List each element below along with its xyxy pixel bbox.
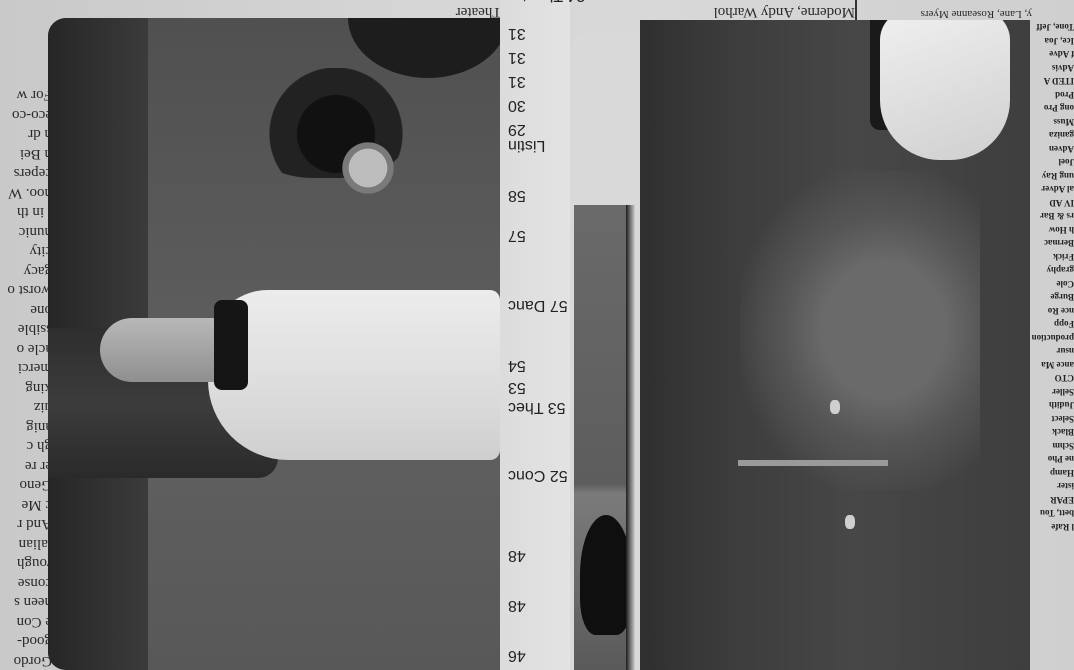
newsprint-line: Advis: [1030, 61, 1074, 75]
newsprint-line: ung Ray: [1030, 169, 1074, 183]
page-index-entry: 31: [508, 72, 526, 90]
newsprint-line: nsur: [1030, 344, 1074, 358]
newsprint-line: CTO: [1030, 371, 1074, 385]
newsprint-line: graphy: [1030, 263, 1074, 277]
newsprint-line: ong Pro: [1030, 101, 1074, 115]
newsprint-line: Hamp: [1030, 466, 1074, 480]
newsprint-line: acle o: [0, 339, 52, 359]
top-strip-middle: Moderne, Andy Warhol: [714, 4, 855, 20]
white-sleeve-top: [880, 20, 1010, 160]
newsprint-line: f Adve: [1030, 47, 1074, 61]
newsprint-line: ganiza: [1030, 128, 1074, 142]
newsprint-line: eco-co: [0, 105, 52, 125]
newsprint-line: ister: [1030, 479, 1074, 493]
page-index-entry: 31: [508, 48, 526, 66]
newsprint-line: worst o: [0, 280, 52, 300]
peeling-patch: [740, 170, 980, 490]
newsprint-line: Schm: [1030, 439, 1074, 453]
newsprint-line: Ice, Joa: [1030, 34, 1074, 48]
newsprint-line: one: [0, 300, 52, 320]
newsprint-line: noo. W: [0, 183, 52, 203]
newsprint-line: king: [0, 378, 52, 398]
newsprint-line: Tone, Jeff: [1030, 20, 1074, 34]
newsprint-line: And r: [0, 514, 52, 534]
newsprint-line: Gordo: [0, 651, 52, 670]
right-newsprint-column: l Rafebett, TouEPARisterHampne PhoSchmBl…: [1030, 20, 1074, 670]
newsprint-line: rough: [0, 553, 52, 573]
page-index-list: 34 Theater3131313029Listin585757 Danc545…: [500, 0, 570, 670]
newsprint-line: Black: [1030, 425, 1074, 439]
page-index-entry: 52 Conc: [508, 466, 568, 484]
plaster-fleck: [830, 400, 840, 414]
newsprint-line: er re: [0, 456, 52, 476]
top-strip-left-text: 34 Theater: [280, 0, 520, 20]
white-sleeve: [208, 290, 500, 460]
plaster-fleck: [845, 515, 855, 529]
plaster-edge: [738, 460, 888, 466]
newsprint-line: h dr: [0, 124, 52, 144]
newsprint-line: h How: [1030, 223, 1074, 237]
newsprint-line: merci: [0, 358, 52, 378]
wristband: [214, 300, 248, 390]
newsprint-line: good-: [0, 631, 52, 651]
newsprint-line: anig: [0, 417, 52, 437]
page-index-entry: Listin: [508, 136, 545, 154]
newsprint-line: ance Ma: [1030, 358, 1074, 372]
page-index-entry: 58: [508, 186, 526, 204]
page-index-entry: 31: [508, 24, 526, 42]
newsprint-line: nunic: [0, 222, 52, 242]
newsprint-line: For w: [0, 85, 52, 105]
page-index-entry: 48: [508, 546, 526, 564]
newsprint-line: cepers: [0, 163, 52, 183]
newsprint-line: IV AD: [1030, 196, 1074, 210]
page-index-entry: 53: [508, 378, 526, 396]
newsprint-line: Muss: [1030, 115, 1074, 129]
left-photo: [48, 18, 500, 670]
newsprint-line: uiz: [0, 397, 52, 417]
newsprint-line: production: [1030, 331, 1074, 345]
page-index-column: 34 Theater3131313029Listin585757 Danc545…: [500, 0, 570, 670]
newsprint-line: Adven: [1030, 142, 1074, 156]
page-index-entry: 57 Danc: [508, 296, 568, 314]
page-index-entry: 34 Theater: [508, 0, 585, 4]
newsprint-line: l Rafe: [1030, 520, 1074, 534]
newsprint-line: Burge: [1030, 290, 1074, 304]
newsprint-line: Judith: [1030, 398, 1074, 412]
newsprint-line: Seller: [1030, 385, 1074, 399]
newsprint-line: Joel: [1030, 155, 1074, 169]
newsprint-line: conse: [0, 573, 52, 593]
page-index-entry: 53 Thec: [508, 398, 566, 416]
newsprint-line: al Adver: [1030, 182, 1074, 196]
newsprint-line: Bermac: [1030, 236, 1074, 250]
newsprint-line: bett, Tou: [1030, 506, 1074, 520]
newsprint-line: ssible: [0, 319, 52, 339]
hand: [100, 318, 230, 382]
newsprint-line: Frick: [1030, 250, 1074, 264]
strip-edge: [626, 205, 636, 670]
newsprint-line: Fopp: [1030, 317, 1074, 331]
newsprint-line: Cole: [1030, 277, 1074, 291]
right-column-lines: l Rafebett, TouEPARisterHampne PhoSchmBl…: [1030, 20, 1074, 533]
newsprint-line: t in th: [0, 202, 52, 222]
newsprint-line: Geno: [0, 475, 52, 495]
page-index-entry: 54: [508, 356, 526, 374]
newsprint-line: n Bei: [0, 144, 52, 164]
camera-lens: [338, 138, 398, 198]
top-strip-right-text: y, Lane, Roseanne Myers: [862, 0, 1032, 20]
dark-silhouette: [580, 515, 632, 635]
newsprint-line: neen s: [0, 592, 52, 612]
newsprint-line: ne Pho: [1030, 452, 1074, 466]
newsprint-line: ITED A: [1030, 74, 1074, 88]
left-column-lines: Gordogood-e Conneen sconseroughtalianAnd…: [0, 85, 52, 670]
newsprint-line: gacy: [0, 261, 52, 281]
page-index-entry: 46: [508, 646, 526, 664]
page-index-entry: 57: [508, 226, 526, 244]
page-index-entry: 30: [508, 96, 526, 114]
newsprint-line: c Me: [0, 495, 52, 515]
newsprint-line: talian: [0, 534, 52, 554]
right-photo: [640, 20, 1030, 670]
newsprint-line: Select: [1030, 412, 1074, 426]
newsprint-line: gh c: [0, 436, 52, 456]
newsprint-line: Prod: [1030, 88, 1074, 102]
newsprint-line: nce Ro: [1030, 304, 1074, 318]
top-strip-middle-text: Moderne, Andy Warhol: [575, 0, 855, 20]
strip-photo: [574, 205, 636, 670]
newsprint-line: city: [0, 241, 52, 261]
newsprint-line: EPAR: [1030, 493, 1074, 507]
column-rule: [855, 0, 857, 20]
left-newsprint-column: Gordogood-e Conneen sconseroughtalianAnd…: [0, 0, 52, 670]
newsprint-line: rs & Bar: [1030, 209, 1074, 223]
newsprint-line: e Con: [0, 612, 52, 632]
top-strip-right: y, Lane, Roseanne Myers: [921, 8, 1032, 20]
page-index-entry: 48: [508, 596, 526, 614]
